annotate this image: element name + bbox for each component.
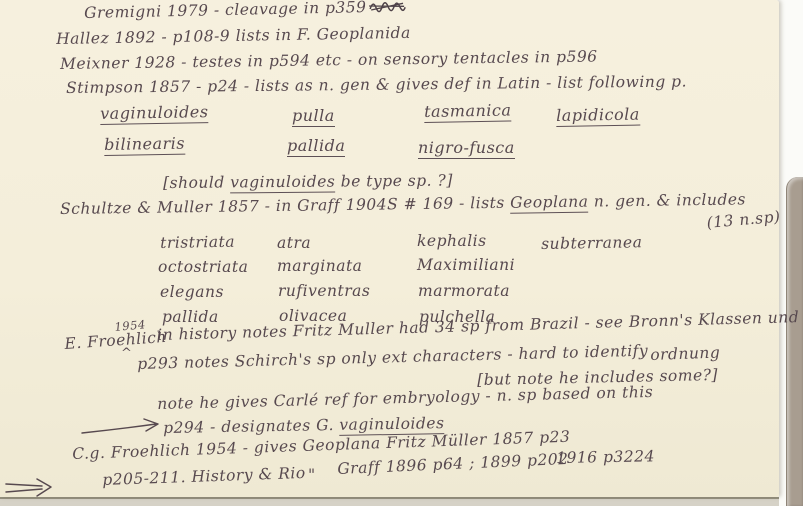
note-text: Meixner 1928 - testes in p594 etc - on s…: [60, 47, 598, 73]
note-text: Stimpson 1857 - p24 - lists as n. gen & …: [66, 72, 687, 97]
species-name: subterranea: [541, 234, 643, 254]
ditto-text: ": [308, 466, 316, 484]
year-text: 1954: [114, 317, 146, 334]
species-name: lapidicola: [556, 106, 640, 126]
note-text: ordnung: [650, 344, 721, 364]
note-line-cg2c: 1916 p3224: [556, 448, 655, 468]
note-text: Schultze & Muller 1857 - in Graff 1904S …: [60, 194, 510, 218]
species-name: marginata: [277, 258, 362, 276]
species-name: nigro-fusca: [418, 139, 515, 157]
ink-scribble: [368, 0, 406, 14]
note-line-hallez: Hallez 1892 - p108-9 lists in F. Geoplan…: [56, 25, 411, 49]
species-text: marginata: [277, 257, 362, 275]
species-text: elegans: [160, 283, 224, 301]
arrow-right-icon: [80, 417, 164, 437]
species-count: (13 n.sp): [706, 209, 781, 233]
species-name: pulla: [292, 107, 335, 125]
insertion-caret: ^: [121, 347, 132, 362]
species-name: octostriata: [158, 259, 248, 277]
species-text: pallida: [162, 308, 219, 326]
note-text: Gremigni 1979 - cleavage in p359: [84, 0, 367, 22]
species-name: marmorata: [418, 283, 510, 301]
species-text: vaginuloides: [100, 102, 209, 125]
note-text: [should: [163, 173, 230, 192]
folder-edge: [786, 177, 803, 506]
species-text: atra: [277, 234, 311, 252]
species-text: vaginuloides: [230, 172, 335, 193]
note-line-schultze: Schultze & Muller 1857 - in Graff 1904S …: [60, 191, 746, 218]
note-text: note he gives Carlé ref for embryology -…: [157, 383, 653, 413]
note-line-cg2a: p205-211. History & Rio: [102, 465, 306, 490]
note-line-stimpson: Stimpson 1857 - p24 - lists as n. gen & …: [66, 73, 687, 97]
species-text: pallida: [287, 136, 345, 157]
species-name: rufiventras: [278, 283, 370, 301]
species-name: atra: [277, 235, 311, 253]
species-text: kephalis: [417, 232, 487, 250]
arrow-right-icon: [4, 473, 58, 501]
species-name: elegans: [160, 284, 224, 302]
species-text: tristriata: [160, 233, 235, 252]
species-name: tristriata: [160, 234, 235, 253]
note-text: Graff 1896 p64 ; 1899 p202: [337, 450, 569, 478]
species-text: pulla: [292, 106, 335, 127]
ditto-mark: ": [308, 467, 316, 485]
species-text: lapidicola: [556, 105, 640, 127]
species-text: Maximiliani: [417, 256, 515, 274]
note-line-cg2b: Graff 1896 p64 ; 1899 p202: [337, 451, 569, 479]
genus-text: Geoplana: [510, 193, 589, 214]
species-name: tasmanica: [424, 101, 512, 121]
note-line-froehlich1-cont: ordnung: [650, 345, 721, 365]
species-text: subterranea: [541, 233, 643, 253]
note-line-meixner: Meixner 1928 - testes in p594 etc - on s…: [60, 48, 598, 73]
count-text: (13 n.sp): [706, 208, 781, 232]
species-text: nigro-fusca: [418, 138, 515, 159]
index-card: Gremigni 1979 - cleavage in p359 Hallez …: [0, 0, 779, 497]
scanned-card-page: Gremigni 1979 - cleavage in p359 Hallez …: [0, 0, 803, 506]
note-line-type-question: [should vaginuloides be type sp. ?]: [163, 172, 453, 192]
species-text: octostriata: [158, 258, 248, 276]
species-name: kephalis: [417, 233, 487, 251]
note-line-gremigni: Gremigni 1979 - cleavage in p359: [84, 0, 407, 23]
note-text: p294 - designates G.: [163, 416, 340, 437]
note-line-carle: note he gives Carlé ref for embryology -…: [157, 384, 653, 414]
note-text: n. gen. & includes: [588, 190, 746, 210]
species-name: bilinearis: [104, 135, 185, 155]
scan-edge-bottom: [0, 497, 779, 506]
species-text: rufiventras: [278, 282, 370, 300]
note-text: 1916 p3224: [556, 447, 655, 467]
species-text: bilinearis: [104, 134, 185, 156]
note-text: p205-211. History & Rio: [102, 464, 306, 489]
species-text: marmorata: [418, 282, 510, 300]
caret-text: ^: [121, 346, 132, 361]
species-text: tasmanica: [424, 100, 512, 123]
note-text: be type sp. ?]: [335, 171, 453, 190]
inserted-year: 1954: [114, 318, 146, 334]
species-name: pallida: [287, 137, 345, 155]
species-name: vaginuloides: [100, 103, 209, 123]
species-name: Maximiliani: [417, 257, 515, 275]
note-text: Hallez 1892 - p108-9 lists in F. Geoplan…: [56, 24, 411, 48]
